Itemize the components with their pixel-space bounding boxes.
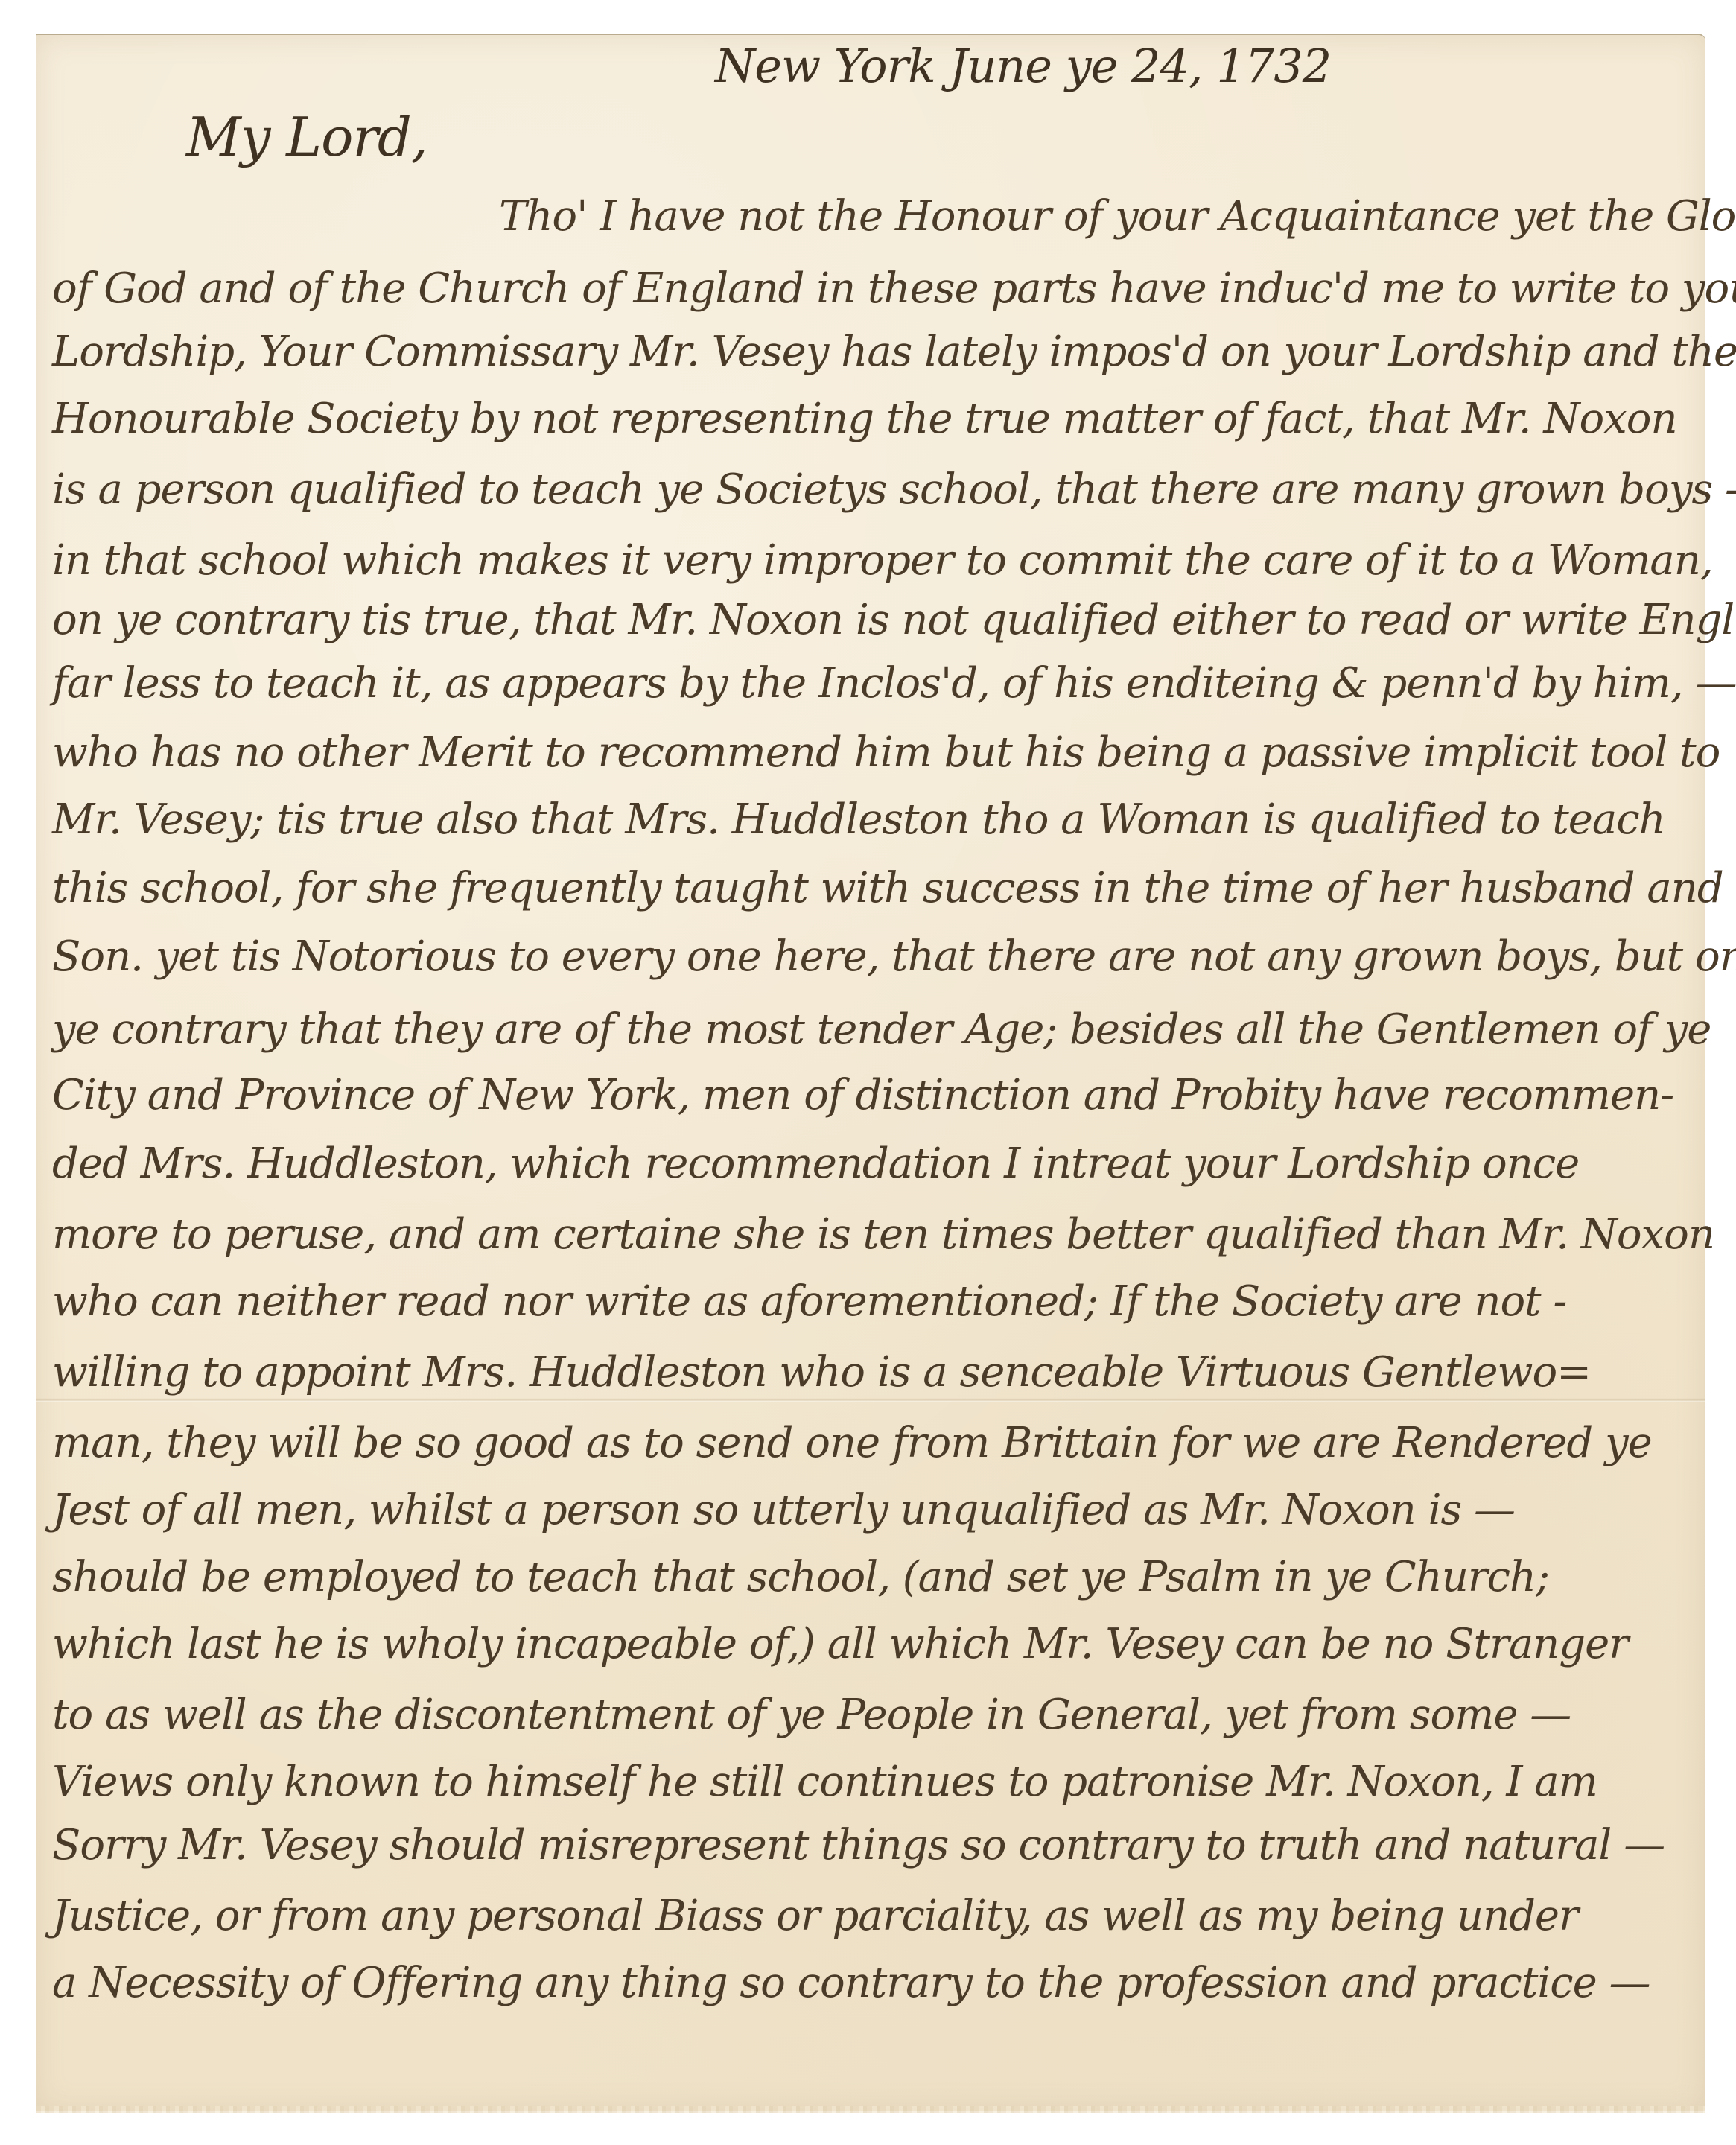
letter-line: in that school which makes it very impro… <box>52 536 1691 585</box>
letter-line: is a person qualified to teach ye Societ… <box>52 465 1691 514</box>
letter-line: ded Mrs. Huddleston, which recommendatio… <box>52 1140 1691 1188</box>
letter-line: Son. yet tis Notorious to every one here… <box>52 932 1691 981</box>
letter-line: Sorry Mr. Vesey should misrepresent thin… <box>52 1821 1691 1869</box>
letter-line: City and Province of New York, men of di… <box>52 1071 1691 1119</box>
letter-line: Views only known to himself he still con… <box>52 1758 1691 1806</box>
letter-line: of God and of the Church of England in t… <box>52 264 1691 313</box>
letter-line: this school, for she frequently taught w… <box>52 864 1691 912</box>
letter-line: Lordship, Your Commissary Mr. Vesey has … <box>52 328 1691 376</box>
letter-line: a Necessity of Offering any thing so con… <box>52 1959 1691 2007</box>
letter-line: more to peruse, and am certaine she is t… <box>52 1210 1691 1259</box>
letter-line: which last he is wholy incapeable of,) a… <box>52 1620 1691 1668</box>
letter-line: willing to appoint Mrs. Huddleston who i… <box>52 1348 1691 1396</box>
letter-line: who has no other Merit to recommend him … <box>52 728 1691 777</box>
letter-line: should be employed to teach that school,… <box>52 1553 1691 1601</box>
letter-line: Honourable Society by not representing t… <box>52 395 1691 443</box>
salutation: My Lord, <box>186 106 427 168</box>
fold-crease <box>36 1398 1705 1402</box>
letter-line: Justice, or from any personal Biass or p… <box>52 1892 1691 1940</box>
letter-line: Jest of all men, whilst a person so utte… <box>52 1486 1691 1534</box>
letter-line: Mr. Vesey; tis true also that Mrs. Huddl… <box>52 795 1691 844</box>
dateline: New York June ye 24, 1732 <box>715 39 1331 93</box>
letter-line: man, they will be so good as to send one… <box>52 1419 1691 1467</box>
letter-line: who can neither read nor write as aforem… <box>52 1277 1691 1326</box>
letter-line: far less to teach it, as appears by the … <box>52 659 1691 708</box>
letter-line: to as well as the discontentment of ye P… <box>52 1691 1691 1739</box>
torn-bottom-edge <box>36 2106 1705 2113</box>
letter-line: Tho' I have not the Honour of your Acqua… <box>499 192 1691 241</box>
letter-line: ye contrary that they are of the most te… <box>52 1005 1691 1054</box>
letter-line: on ye contrary tis true, that Mr. Noxon … <box>52 596 1691 644</box>
